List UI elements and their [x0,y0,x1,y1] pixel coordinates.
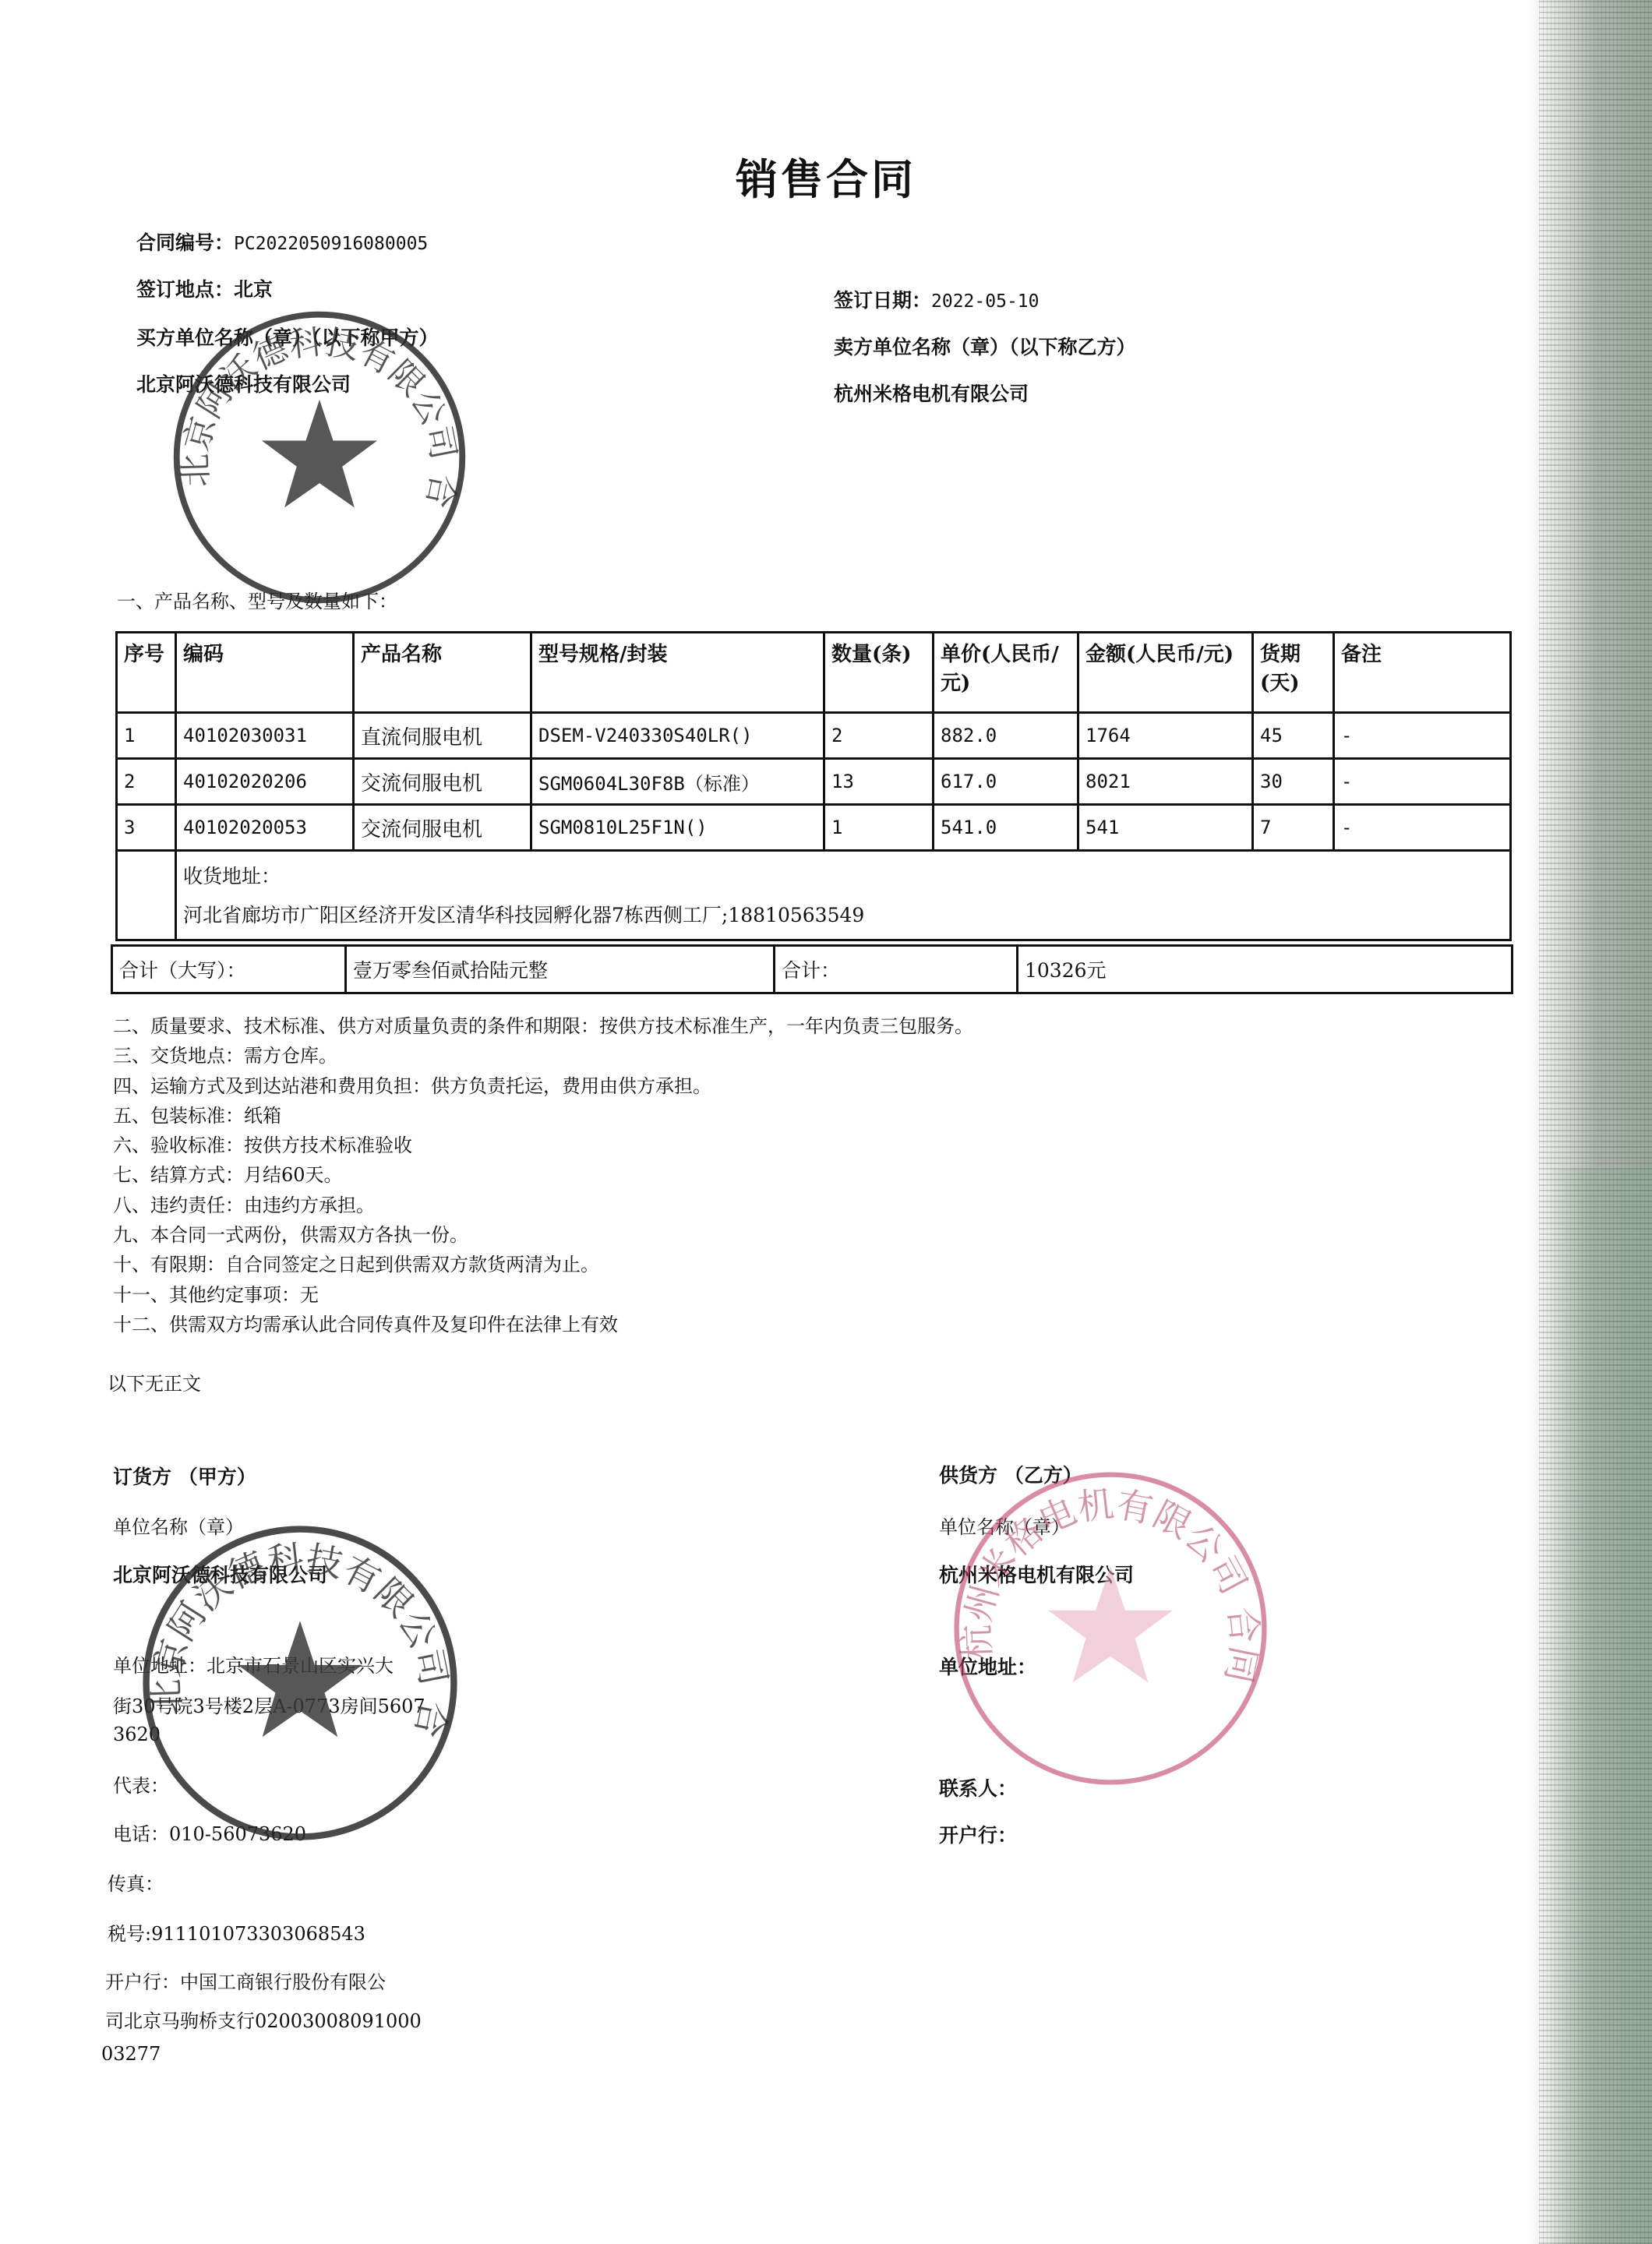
cell-model: DSEM-V240330S40LR() [531,713,824,759]
party-a-address-line2: 街30号院3号楼2层A-0773房间5607 [113,1691,425,1718]
total-row: 合计（大写）： 壹万零叁佰贰拾陆元整 合计： 10326元 [112,946,1513,993]
buyer-stamp-top: 北京阿沃德科技有限公司 合同专用章 [168,305,471,609]
cell-lead-days: 7 [1253,805,1334,851]
term-item: 八、违约责任：由违约方承担。 [113,1191,973,1220]
total-label: 合计： [775,946,1018,993]
sign-place-row: 签订地点：北京 [136,274,273,302]
party-a-tax-no: 911101073303068543 [151,1923,365,1945]
contract-no-row: 合同编号：PC2022050916080005 [136,228,428,256]
cell-no: 3 [117,805,176,851]
cell-name: 交流伺服电机 [354,805,531,851]
cell-amount: 541 [1078,805,1253,851]
total-table: 合计（大写）： 壹万零叁佰贰拾陆元整 合计： 10326元 [111,944,1513,994]
cell-name: 交流伺服电机 [354,759,531,805]
delivery-address-label: 收货地址： [183,861,1503,889]
col-header: 产品名称 [354,633,531,713]
cell-unit-price: 541.0 [934,805,1078,851]
term-item: 七、结算方式：月结60天。 [113,1160,973,1190]
party-a-bank-line2: 司北京马驹桥支行02003008091000 [105,2006,422,2033]
cell-unit-price: 882.0 [934,713,1078,759]
party-b-address-label: 单位地址： [939,1652,1036,1680]
sign-date-label: 签订日期： [834,289,931,312]
buyer-seal-icon: 北京阿沃德科技有限公司 合同专用章 [168,305,471,609]
seller-name: 杭州米格电机有限公司 [834,379,1029,407]
section1-title: 一、产品名称、型号及数量如下： [117,586,397,613]
page-title: 销售合同 [0,146,1652,206]
term-item: 五、包装标准：纸箱 [113,1101,973,1131]
cell-amount: 1764 [1078,713,1253,759]
cell-name: 直流伺服电机 [354,713,531,759]
cell-lead-days: 30 [1253,759,1334,805]
cell-lead-days: 45 [1253,713,1334,759]
party-a-bank-line3: 03277 [101,2043,161,2065]
col-header: 单价(人民币/元) [934,633,1078,713]
col-header: 序号 [117,633,176,713]
term-item: 三、交货地点：需方仓库。 [113,1041,973,1071]
delivery-address: 河北省廊坊市广阳区经济开发区清华科技园孵化器7栋西侧工厂;18810563549 [183,900,1503,928]
scan-noise [1539,0,1652,2244]
sign-date-row: 签订日期：2022-05-10 [834,285,1040,313]
cell-remark: - [1334,713,1511,759]
col-header: 编码 [176,633,354,713]
contract-no-label: 合同编号： [136,231,234,254]
buyer-label: 买方单位名称（章）（以下称甲方） [136,323,439,351]
party-a-name-label: 单位名称（章） [113,1512,244,1539]
col-header: 金额(人民币/元) [1078,633,1253,713]
total-caps: 壹万零叁佰贰拾陆元整 [346,946,775,993]
cell-qty: 13 [824,759,934,805]
cell-no: 2 [117,759,176,805]
party-a-heading: 订货方 （甲方） [113,1462,256,1490]
cell-model: SGM0810L25F1N() [531,805,824,851]
term-item: 六、验收标准：按供方技术标准验收 [113,1131,973,1160]
cell-code: 40102020206 [176,759,354,805]
table-row: 3 40102020053 交流伺服电机 SGM0810L25F1N() 1 5… [117,805,1511,851]
term-item: 十、有限期：自合同签定之日起到供需双方款货两清为止。 [113,1250,973,1279]
party-a-tax-row: 税号:911101073303068543 [108,1918,365,1946]
party-a-address-row: 单位地址：北京市石景山区实兴大 [113,1650,394,1678]
table-header: 序号 编码 产品名称 型号规格/封装 数量(条) 单价(人民币/元) 金额(人民… [117,633,1511,713]
end-note: 以下无正文 [108,1368,201,1395]
cell-remark: - [1334,805,1511,851]
party-a-address-line3: 3620 [113,1724,161,1745]
cell-remark: - [1334,759,1511,805]
party-a-phone: 010-56073620 [169,1823,306,1845]
party-a-tax-label: 税号: [108,1923,151,1945]
buyer-name: 北京阿沃德科技有限公司 [136,369,351,397]
cell-amount: 8021 [1078,759,1253,805]
items-table: 序号 编码 产品名称 型号规格/封装 数量(条) 单价(人民币/元) 金额(人民… [115,631,1512,941]
party-b-bank-label: 开户行： [939,1820,1017,1848]
terms-list: 二、质量要求、技术标准、供方对质量负责的条件和期限：按供方技术标准生产，一年内负… [113,1011,973,1339]
cell-unit-price: 617.0 [934,759,1078,805]
contract-no: PC2022050916080005 [234,234,428,254]
party-b-name-label: 单位名称（章） [939,1512,1070,1539]
seller-label: 卖方单位名称（章）（以下称乙方） [834,332,1136,360]
term-item: 二、质量要求、技术标准、供方对质量负责的条件和期限：按供方技术标准生产，一年内负… [113,1011,973,1041]
col-header: 数量(条) [824,633,934,713]
term-item: 九、本合同一式两份，供需双方各执一份。 [113,1220,973,1250]
party-a-address-line1: 北京市石景山区实兴大 [206,1655,394,1677]
term-item: 四、运输方式及到达站港和费用负担：供方负责托运，费用由供方承担。 [113,1071,973,1101]
party-a-bank-line1: 中国工商银行股份有限公 [180,1971,386,1993]
party-a-phone-label: 电话： [113,1823,169,1845]
term-item: 十二、供需双方均需承认此合同传真件及复印件在法律上有效 [113,1310,973,1339]
total-caps-label: 合计（大写）： [112,946,346,993]
col-header: 备注 [1334,633,1511,713]
party-a-phone-row: 电话：010-56073620 [113,1819,306,1846]
table-row: 1 40102030031 直流伺服电机 DSEM-V240330S40LR()… [117,713,1511,759]
party-b-name: 杭州米格电机有限公司 [939,1560,1134,1588]
party-a-address-label: 单位地址： [113,1655,206,1677]
sign-place: 北京 [234,278,273,301]
cell-no: 1 [117,713,176,759]
col-header: 型号规格/封装 [531,633,824,713]
party-b-heading: 供货方 （乙方） [939,1460,1082,1488]
party-a-fax-label: 传真： [108,1868,164,1896]
party-b-contact-label: 联系人： [939,1773,1017,1801]
cell-code: 40102020053 [176,805,354,851]
sign-date: 2022-05-10 [931,291,1039,312]
term-item: 十一、其他约定事项：无 [113,1280,973,1310]
sign-place-label: 签订地点： [136,278,234,301]
col-header: 货期(天) [1253,633,1334,713]
party-a-bank-row: 开户行：中国工商银行股份有限公 [105,1967,386,1994]
cell-qty: 2 [824,713,934,759]
total-amount: 10326元 [1018,946,1513,993]
delivery-address-row: 收货地址： 河北省廊坊市广阳区经济开发区清华科技园孵化器7栋西侧工厂;18810… [117,851,1511,940]
party-a-bank-label: 开户行： [105,1971,180,1993]
cell-qty: 1 [824,805,934,851]
table-row: 2 40102020206 交流伺服电机 SGM0604L30F8B（标准） 1… [117,759,1511,805]
cell-model: SGM0604L30F8B（标准） [531,759,824,805]
party-a-rep-label: 代表： [113,1770,169,1798]
party-a-name: 北京阿沃德科技有限公司 [113,1560,327,1588]
cell-code: 40102030031 [176,713,354,759]
